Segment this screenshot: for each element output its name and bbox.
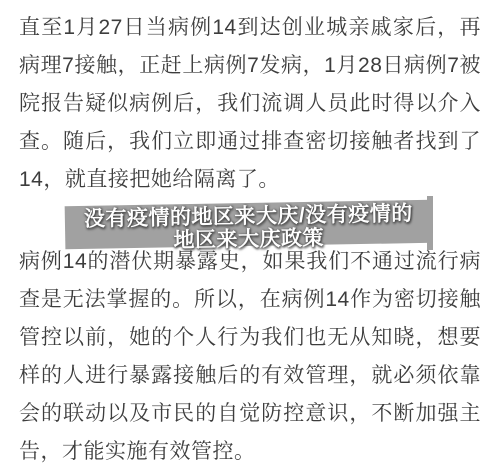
text-line: 查。随后，我们立即通过排查密切接触者找到了病例 [19,123,481,161]
text-line: 查是无法掌握的。所以，在病例14作为密切接触者被 [19,281,481,319]
text-line: 直至1月27日当病例14到达创业城亲戚家后，再次与 [19,9,481,47]
text-line: 病理7接触，正赶上病例7发病，1月28日病例7被医 [19,47,481,85]
text-line: 告，才能实施有效管控。 [19,433,481,470]
text-line: 管控以前，她的个人行为我们也无从知晓，想要对这 [19,319,481,357]
paragraph-2: 病例14的潜伏期暴露史，如果我们不通过流行病学调 查是无法掌握的。所以，在病例1… [19,243,481,470]
article-page: 直至1月27日当病例14到达创业城亲戚家后，再次与 病理7接触，正赶上病例7发病… [0,0,500,470]
text-line: 会的联动以及市民的自觉防控意识，不断加强主动报 [19,395,481,433]
text-line: 病例14的潜伏期暴露史，如果我们不通过流行病学调 [19,243,481,281]
paragraph-1: 直至1月27日当病例14到达创业城亲戚家后，再次与 病理7接触，正赶上病例7发病… [19,9,481,199]
text-line: 样的人进行暴露接触后的有效管理，就必须依靠全社 [19,357,481,395]
text-line: 院报告疑似病例后，我们流调人员此时得以介入调 [19,85,481,123]
text-line: 14，就直接把她给隔离了。 [19,161,481,199]
caption-overlay: 没有疫情的地区来大庆/没有疫情的 地区来大庆政策 [65,200,433,249]
